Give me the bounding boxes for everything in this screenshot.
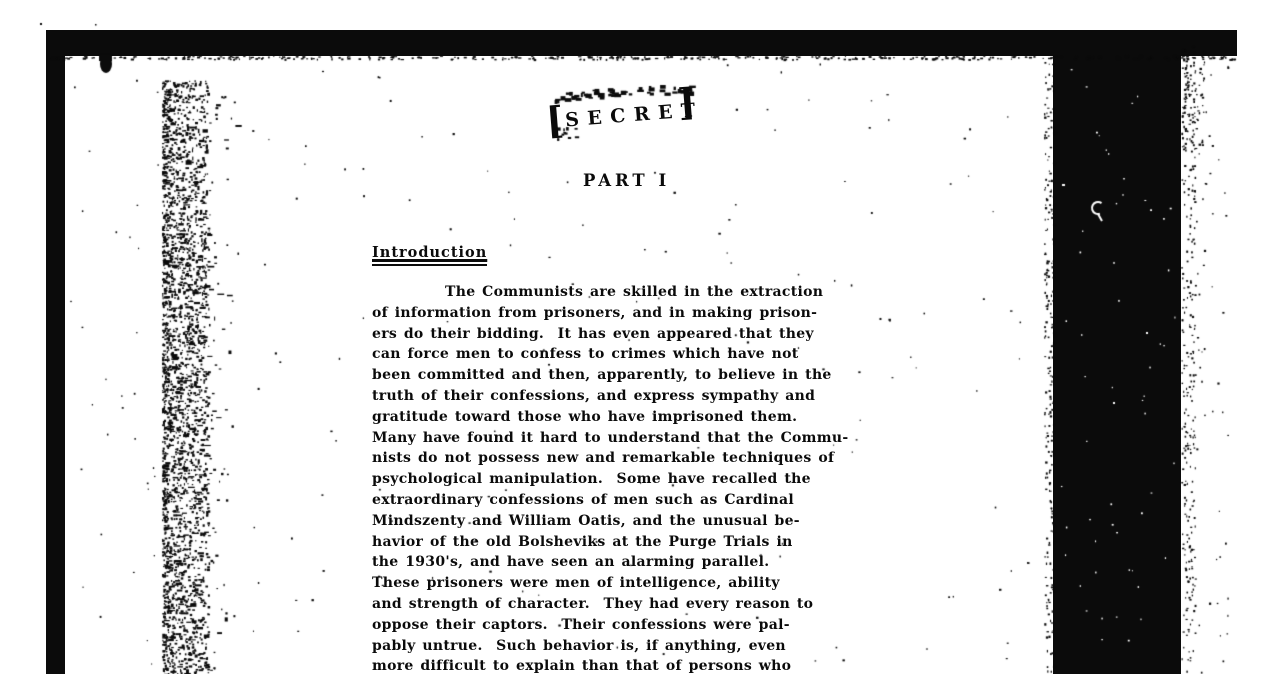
document-body-paragraph: The Communists are skilled in the extrac… — [372, 282, 932, 674]
document-page: [ SECRET ] PART I Introduction The Commu… — [0, 0, 1280, 674]
part-title: PART I — [583, 171, 670, 190]
stamp-bracket-right: ] — [676, 83, 696, 121]
stamp-bracket-left: [ — [545, 102, 565, 140]
secret-stamp: [ SECRET ] — [544, 82, 700, 148]
section-heading-introduction: Introduction — [372, 244, 487, 266]
scanned-document-page: [ SECRET ] PART I Introduction The Commu… — [0, 0, 1280, 674]
